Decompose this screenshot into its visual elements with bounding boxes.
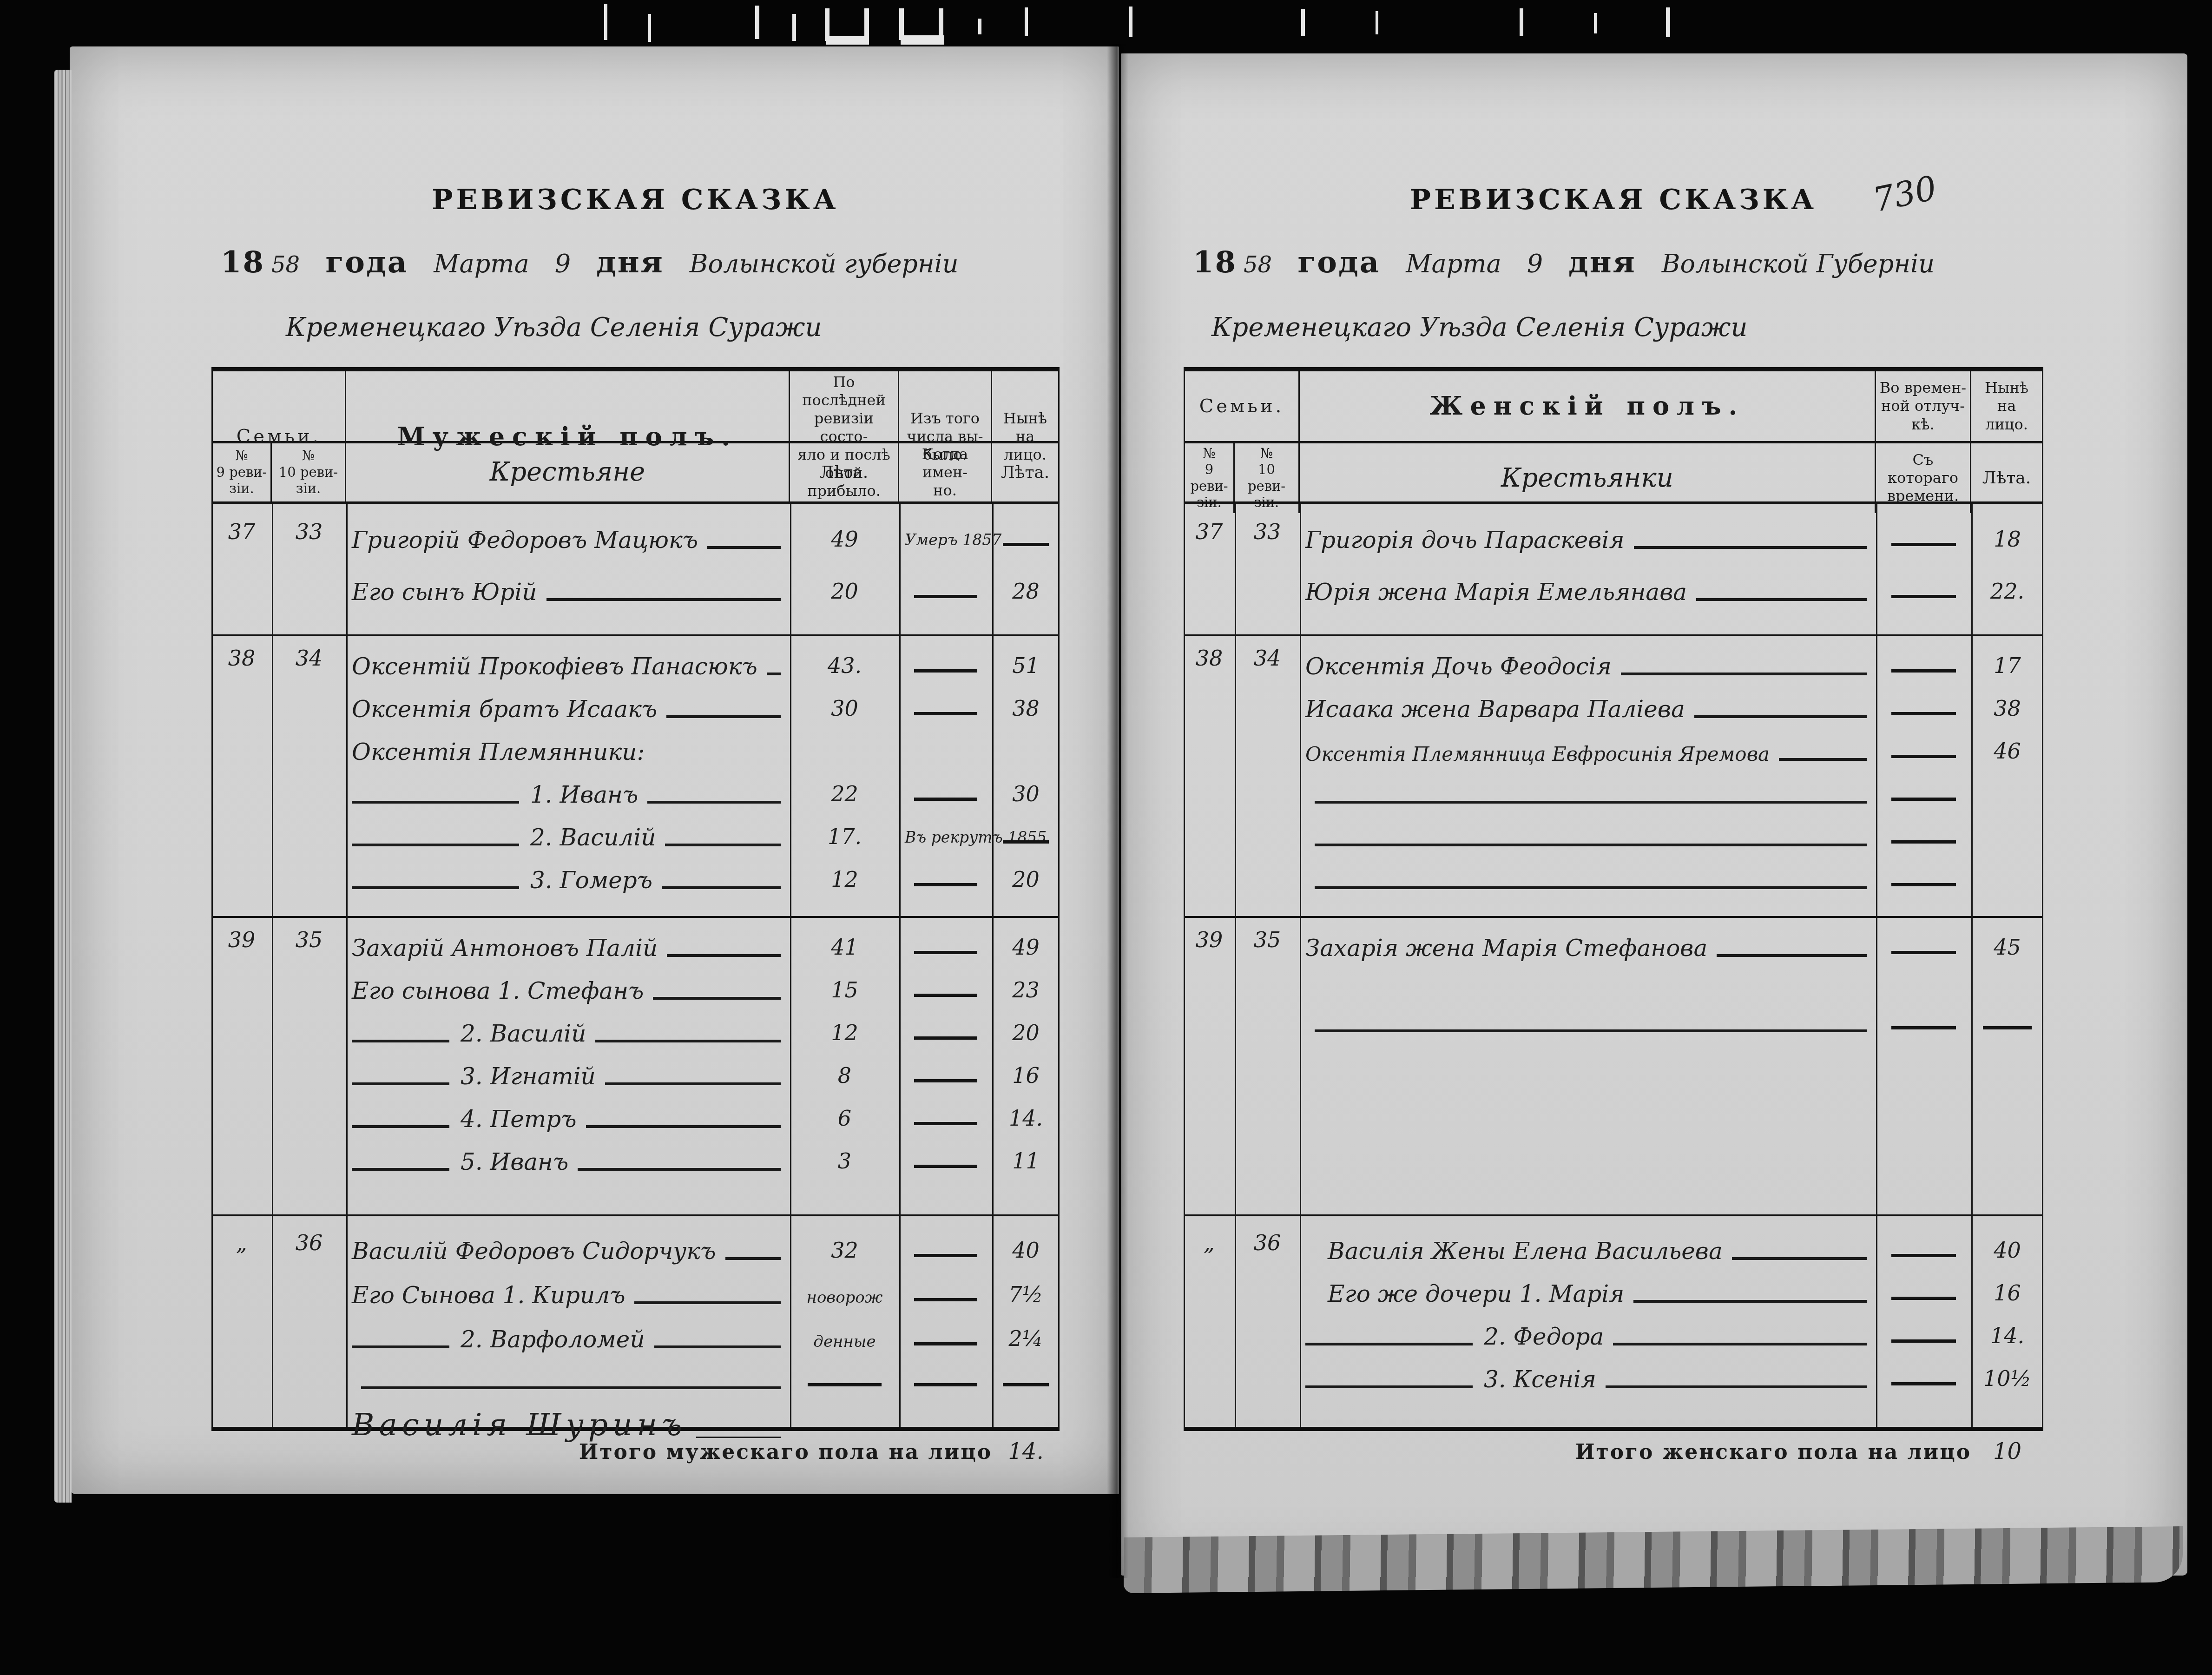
table-row: Его сынъ Юрій 20 28: [211, 556, 1060, 608]
table-row: [1184, 811, 2043, 854]
when-departed: Умеръ 1857: [905, 531, 1001, 556]
age-prev: 32: [831, 1238, 858, 1267]
scan-artifact: [648, 14, 651, 42]
ruled-line: [1779, 758, 1867, 761]
scan-artifact: [792, 14, 796, 41]
col-female-sex: Женскій полъ.: [1300, 371, 1876, 441]
age-now: 14.: [1990, 1323, 2024, 1353]
table-row: Юрія жена Марія Емельянава 22.: [1184, 556, 2043, 608]
family-no-rev10: 34: [272, 646, 346, 683]
family-no-rev9: 39: [1184, 927, 1235, 964]
family-no-rev10: 33: [272, 519, 346, 556]
ruled-line: [653, 997, 781, 1000]
table-row: Его же дочери 1. Марія 16: [1184, 1267, 2043, 1310]
col-age-now: Лѣта.: [992, 443, 1060, 501]
goda-label: года: [1297, 245, 1380, 280]
col-temp-absence: Во времен- ной отлуч- кѣ.: [1876, 371, 1971, 441]
province-handwritten: Волынской Губерніи: [1662, 249, 1935, 278]
day-handwritten: 9: [1527, 249, 1543, 278]
ruled-line: [352, 844, 519, 846]
ruled-line: [352, 801, 519, 804]
estate-handwritten: Крестьяне: [346, 443, 790, 501]
year-handwritten: 58: [1244, 252, 1272, 278]
year-printed: 18: [221, 245, 265, 280]
family-no-rev9: [211, 1123, 272, 1135]
age-prev: 15: [831, 977, 858, 1007]
female-table: Семьи. Женскій полъ. Во времен- ной отлу…: [1184, 367, 2043, 1464]
person-name: Василія Жены Елена Васильева: [1328, 1238, 1723, 1267]
age-now: 49: [1012, 935, 1040, 964]
age-now: 45: [1994, 935, 2021, 964]
person-name: Оксентія Дочь Феодосія: [1305, 653, 1612, 683]
scan-artifact: [1129, 7, 1132, 37]
table-row: Его Сынова 1. Кирилъ новорож 7½: [211, 1267, 1060, 1312]
person-name: Захарій Антоновъ Палій: [352, 935, 658, 964]
age-now: 20: [1012, 867, 1040, 897]
age-prev: 49: [831, 527, 858, 556]
ruled-line: [1696, 598, 1867, 601]
table-row: [1184, 854, 2043, 897]
person-name: 4. Петръ: [461, 1106, 577, 1135]
family-no-rev9: 39: [211, 927, 272, 964]
age-now: 16: [1994, 1280, 2021, 1310]
table-row: 2. Василій 17. Въ рекрутъ 1855: [211, 811, 1060, 854]
person-name: 2. Варфоломей: [461, 1326, 645, 1356]
ruled-line: [1315, 801, 1867, 804]
table-header-top: Семьи. Женскій полъ. Во времен- ной отлу…: [1184, 367, 2043, 441]
ruled-line: [352, 1125, 449, 1128]
family-no-rev9: [211, 842, 272, 854]
person-name: Захарія жена Марія Стефанова: [1305, 935, 1707, 964]
family-no-rev9: 37: [211, 519, 272, 556]
age-now: 46: [1994, 739, 2021, 768]
left-page-male: РЕВИЗСКАЯ СКАЗКА 18 58 года Марта 9 дня …: [70, 46, 1119, 1494]
date-line: 18 58 года Марта 9 дня Волынской губерні…: [211, 245, 1060, 280]
col-now-present: Нынѣ на лицо.: [1971, 371, 2043, 441]
ruled-line: [767, 673, 781, 675]
year-handwritten: 58: [271, 252, 300, 278]
ruled-line: [1694, 715, 1867, 718]
page-title: РЕВИЗСКАЯ СКАЗКА: [1184, 184, 2043, 216]
col-age-prev: Лѣта.: [790, 443, 899, 501]
family-no-rev9: [211, 1344, 272, 1356]
ruled-line: [605, 1082, 781, 1085]
ruled-line: [1315, 1029, 1867, 1032]
ruled-line: [1717, 954, 1867, 957]
age-prev: 30: [831, 696, 858, 725]
age-prev: 41: [831, 935, 858, 964]
age-now: 28: [1012, 579, 1040, 608]
family-no-rev9: [211, 995, 272, 1007]
age-prev: 8: [838, 1063, 851, 1093]
right-page-header: РЕВИЗСКАЯ СКАЗКА 18 58 года Марта 9 дня …: [1184, 184, 2043, 343]
col-families: Семьи.: [1184, 371, 1300, 441]
age-now: 10½: [1983, 1366, 2031, 1396]
age-prev: 3: [838, 1148, 851, 1178]
ruled-line: [586, 1125, 781, 1128]
goda-label: года: [325, 245, 408, 280]
family-no-rev10: [272, 842, 346, 854]
ruled-line: [352, 1082, 449, 1085]
family-no-rev9: 37: [1184, 519, 1235, 556]
ruled-line: [352, 1040, 449, 1042]
person-name: 2. Федора: [1484, 1323, 1604, 1353]
month-handwritten: Марта: [434, 249, 529, 278]
person-name: Василія Шуринъ: [352, 1407, 687, 1445]
age-prev: 12: [831, 1020, 858, 1050]
family-no-rev9: [1184, 756, 1235, 768]
age-prev: 6: [838, 1106, 851, 1135]
table-row: 3. Игнатій 8 16: [211, 1050, 1060, 1093]
age-now: 30: [1012, 781, 1040, 811]
table-row: 5. Иванъ 3 11: [211, 1135, 1060, 1178]
age-now: 38: [1012, 696, 1040, 725]
table-row: 3. Гомеръ 12 20: [211, 854, 1060, 897]
person-name: Его же дочери 1. Марія: [1328, 1280, 1624, 1310]
place-line: Кременецкаго Уѣзда Селенія Суражи: [211, 312, 1060, 343]
grid-line: [272, 504, 273, 1427]
person-name: Оксентія Племянники:: [352, 739, 645, 768]
place-line: Кременецкаго Уѣзда Селенія Суражи: [1184, 312, 2043, 343]
table-row: Оксентія Племянница Евфросинія Яремова 4…: [1184, 725, 2043, 768]
person-name: Григорія дочь Параскевія: [1305, 527, 1625, 556]
family-no-rev10: [272, 1166, 346, 1178]
table-row: Оксентія Племянники:: [211, 725, 1060, 768]
scan-artifact: [1376, 11, 1378, 34]
age-prev: новорож: [806, 1288, 882, 1312]
scan-artifact: [1666, 7, 1670, 37]
table-row: Его сынова 1. Стефанъ 15 23: [211, 964, 1060, 1007]
age-prev: 12: [831, 867, 858, 897]
age-now: 40: [1012, 1238, 1040, 1267]
age-now: 22.: [1990, 579, 2024, 608]
scan-artifact: [1025, 7, 1028, 36]
person-name: Оксентія Племянница Евфросинія Яремова: [1305, 743, 1770, 768]
family-no-rev9: [211, 756, 272, 768]
ruled-line: [361, 1386, 781, 1389]
family-no-rev9: [211, 884, 272, 897]
table-row: Василія Шуринъ: [211, 1397, 1060, 1445]
table-row: 1. Иванъ 22 30: [211, 768, 1060, 811]
family-no-rev10: [1235, 756, 1300, 768]
ruled-line: [647, 801, 781, 804]
family-no-rev9: „: [1184, 1230, 1235, 1267]
family-no-rev10: 34: [1235, 646, 1300, 683]
family-no-rev10: [1235, 713, 1300, 725]
family-no-rev10: [272, 596, 346, 608]
person-name: Его сынъ Юрій: [352, 579, 537, 608]
table-header-top: Семьи. Мужескій полъ. По послѣдней ревиз…: [211, 367, 1060, 441]
left-page-header: РЕВИЗСКАЯ СКАЗКА 18 58 года Марта 9 дня …: [211, 184, 1060, 343]
ruled-line: [662, 886, 781, 889]
table-row: Оксентія братъ Исаакъ 30 38: [211, 683, 1060, 725]
ruled-line: [1315, 844, 1867, 846]
male-table: Семьи. Мужескій полъ. По послѣдней ревиз…: [211, 367, 1060, 1464]
table-row: „ 36 Василія Жены Елена Васильева 40: [1184, 1216, 2043, 1267]
table-row: 39 35 Захарій Антоновъ Палій 41 49: [211, 918, 1060, 964]
family-no-rev9: [1184, 713, 1235, 725]
family-no-rev10: [272, 1081, 346, 1093]
scan-artifact: [755, 6, 759, 39]
scan-artifact: [901, 35, 944, 45]
ruled-line: [1613, 1343, 1867, 1345]
table-row: 3. Ксенія 10½: [1184, 1353, 2043, 1396]
grid-line: [1235, 504, 1236, 1427]
person-name: Его сынова 1. Стефанъ: [352, 977, 644, 1007]
book-page-edges: [54, 70, 72, 1503]
scanned-revision-list: РЕВИЗСКАЯ СКАЗКА 18 58 года Марта 9 дня …: [0, 0, 2212, 1675]
ruled-line: [1606, 1385, 1867, 1388]
family-no-rev9: 38: [1184, 646, 1235, 683]
table-header-sub: № 9 реви- зіи. № 10 реви- зіи. Крестьянк…: [1184, 441, 2043, 501]
age-now: 7½: [1009, 1282, 1043, 1312]
dnya-label: дня: [596, 245, 664, 280]
scan-artifact: [1594, 13, 1597, 33]
family-no-rev10: [272, 1038, 346, 1050]
table-row: „ 36 Василій Федоровъ Сидорчукъ 32 40: [211, 1216, 1060, 1267]
scan-artifact: [1301, 9, 1305, 36]
page-title: РЕВИЗСКАЯ СКАЗКА: [211, 184, 1060, 216]
family-no-rev9: [211, 1081, 272, 1093]
family-no-rev9: [211, 1299, 272, 1312]
male-table-body: 37 33 Григорій Федоровъ Мацюкъ 49 Умеръ …: [211, 501, 1060, 1427]
age-now: 20: [1012, 1020, 1040, 1050]
ruled-line: [595, 1040, 781, 1042]
age-now: 38: [1994, 696, 2021, 725]
age-prev: денные: [813, 1332, 876, 1356]
family-no-rev9: [211, 713, 272, 725]
ruled-line: [667, 954, 781, 957]
age-now: 18: [1994, 527, 2021, 556]
right-page-female: 730 РЕВИЗСКАЯ СКАЗКА 18 58 года Марта 9 …: [1121, 53, 2187, 1576]
table-row: 37 33 Григорій Федоровъ Мацюкъ 49 Умеръ …: [211, 504, 1060, 556]
table-row: 4. Петръ 6 14.: [211, 1093, 1060, 1135]
age-prev: 43.: [828, 653, 862, 683]
ruled-line: [546, 598, 781, 601]
table-row: 37 33 Григорія дочь Параскевія 18: [1184, 504, 2043, 556]
grid-line: [1184, 504, 1185, 1427]
ruled-line: [1305, 1385, 1473, 1388]
age-now: 51: [1012, 653, 1040, 683]
table-row: 2. Варфоломей денные 2¼: [211, 1312, 1060, 1356]
family-no-rev10: [272, 799, 346, 811]
province-handwritten: Волынской губерніи: [690, 249, 959, 278]
ruled-line: [1634, 546, 1867, 549]
year-printed: 18: [1193, 245, 1237, 280]
person-name: Оксентія братъ Исаакъ: [352, 696, 657, 725]
ruled-line: [352, 886, 519, 889]
age-now: 17: [1994, 653, 2021, 683]
day-handwritten: 9: [555, 249, 571, 278]
ruled-line: [352, 1168, 449, 1171]
ruled-line: [1732, 1257, 1867, 1260]
table-row: 38 34 Оксентія Дочь Феодосія 17: [1184, 636, 2043, 683]
ruled-line: [725, 1257, 781, 1260]
ruled-line: [634, 1301, 781, 1304]
person-name: 1. Иванъ: [530, 781, 638, 811]
ruled-line: [696, 1437, 781, 1438]
age-now: 2¼: [1009, 1326, 1043, 1356]
ruled-line: [1633, 1300, 1867, 1303]
person-name: Григорій Федоровъ Мацюкъ: [352, 527, 698, 556]
ruled-line: [1315, 886, 1867, 889]
table-row: [1184, 997, 2043, 1040]
person-name: Юрія жена Марія Емельянава: [1305, 579, 1687, 608]
person-name: 3. Игнатій: [461, 1063, 596, 1093]
female-total-label: Итого женскаго пола на лицо: [1575, 1440, 1971, 1464]
ruled-line: [654, 1345, 781, 1348]
family-no-rev10: [272, 1344, 346, 1356]
family-no-rev9: [211, 596, 272, 608]
female-total-row: Итого женскаго пола на лицо 10: [1184, 1427, 2043, 1464]
ruled-line: [666, 715, 781, 718]
table-row: 38 34 Оксентій Прокофіевъ Панасюкъ 43. 5…: [211, 636, 1060, 683]
person-name: Исаака жена Варвара Паліева: [1305, 696, 1685, 725]
ruled-line: [1621, 673, 1867, 675]
family-no-rev9: [1184, 596, 1235, 608]
family-no-rev9: [211, 1038, 272, 1050]
age-prev: 20: [831, 579, 858, 608]
person-name: 3. Ксенія: [1484, 1366, 1596, 1396]
person-name: Его Сынова 1. Кирилъ: [352, 1282, 625, 1312]
ruled-line: [578, 1168, 781, 1171]
age-now: 14.: [1009, 1106, 1043, 1135]
table-row: [1184, 768, 2043, 811]
col-when-exactly: Когда имен- но.: [899, 443, 992, 501]
scan-artifact: [1520, 8, 1523, 36]
ruled-line: [1305, 1343, 1473, 1345]
family-no-rev10: [272, 884, 346, 897]
family-no-rev9: 38: [211, 646, 272, 683]
date-line: 18 58 года Марта 9 дня Волынской Губерні…: [1184, 245, 2043, 280]
col-rev9: № 9 реви- зіи.: [211, 443, 272, 501]
family-no-rev10: [272, 1299, 346, 1312]
grid-line: [899, 504, 901, 1427]
scan-artifact: [826, 36, 869, 45]
family-no-rev10: 36: [1235, 1230, 1300, 1267]
torn-page-edges: [1124, 1526, 2183, 1593]
table-row: 2. Василій 12 20: [211, 1007, 1060, 1050]
age-now: 40: [1994, 1238, 2021, 1267]
family-no-rev9: [211, 799, 272, 811]
person-name: 3. Гомеръ: [530, 867, 652, 897]
family-no-rev10: [272, 713, 346, 725]
col-rev10: № 10 реви- зіи.: [272, 443, 346, 501]
grid-line: [211, 504, 213, 1427]
person-name: 2. Василій: [530, 824, 656, 854]
person-name: 2. Василій: [461, 1020, 586, 1050]
family-no-rev10: [272, 1123, 346, 1135]
table-row: 2. Федора 14.: [1184, 1310, 2043, 1353]
age-now: 23: [1012, 977, 1040, 1007]
family-no-rev9: „: [211, 1230, 272, 1267]
female-table-body: 37 33 Григорія дочь Параскевія 18 Юрія ж…: [1184, 501, 2043, 1427]
person-name: Василій Федоровъ Сидорчукъ: [352, 1238, 716, 1267]
month-handwritten: Марта: [1406, 249, 1501, 278]
scan-artifact: [978, 19, 981, 34]
family-no-rev10: 36: [272, 1230, 346, 1267]
ruled-line: [707, 546, 781, 549]
age-prev: 17.: [828, 824, 862, 854]
family-no-rev10: 35: [272, 927, 346, 964]
age-now: 16: [1012, 1063, 1040, 1093]
family-no-rev10: 35: [1235, 927, 1300, 964]
grid-line: [1876, 504, 1877, 1427]
table-row: Исаака жена Варвара Паліева 38: [1184, 683, 2043, 725]
family-no-rev10: [1235, 596, 1300, 608]
table-row: [211, 1356, 1060, 1397]
female-total-value: 10: [1971, 1438, 2043, 1464]
age-now: 11: [1012, 1148, 1040, 1178]
person-name: 5. Иванъ: [461, 1148, 568, 1178]
ruled-line: [352, 1345, 449, 1348]
person-name: Оксентій Прокофіевъ Панасюкъ: [352, 653, 757, 683]
table-header-sub: № 9 реви- зіи. № 10 реви- зіи. Крестьяне…: [211, 441, 1060, 501]
ruled-line: [665, 844, 781, 846]
scan-artifact: [604, 4, 607, 40]
dnya-label: дня: [1568, 245, 1636, 280]
family-no-rev10: [272, 995, 346, 1007]
family-no-rev9: [211, 1166, 272, 1178]
age-prev: 22: [831, 781, 858, 811]
table-row: 39 35 Захарія жена Марія Стефанова 45: [1184, 918, 2043, 964]
family-no-rev10: 33: [1235, 519, 1300, 556]
family-no-rev10: [272, 756, 346, 768]
book-gutter-shadow: [1107, 44, 1128, 1578]
